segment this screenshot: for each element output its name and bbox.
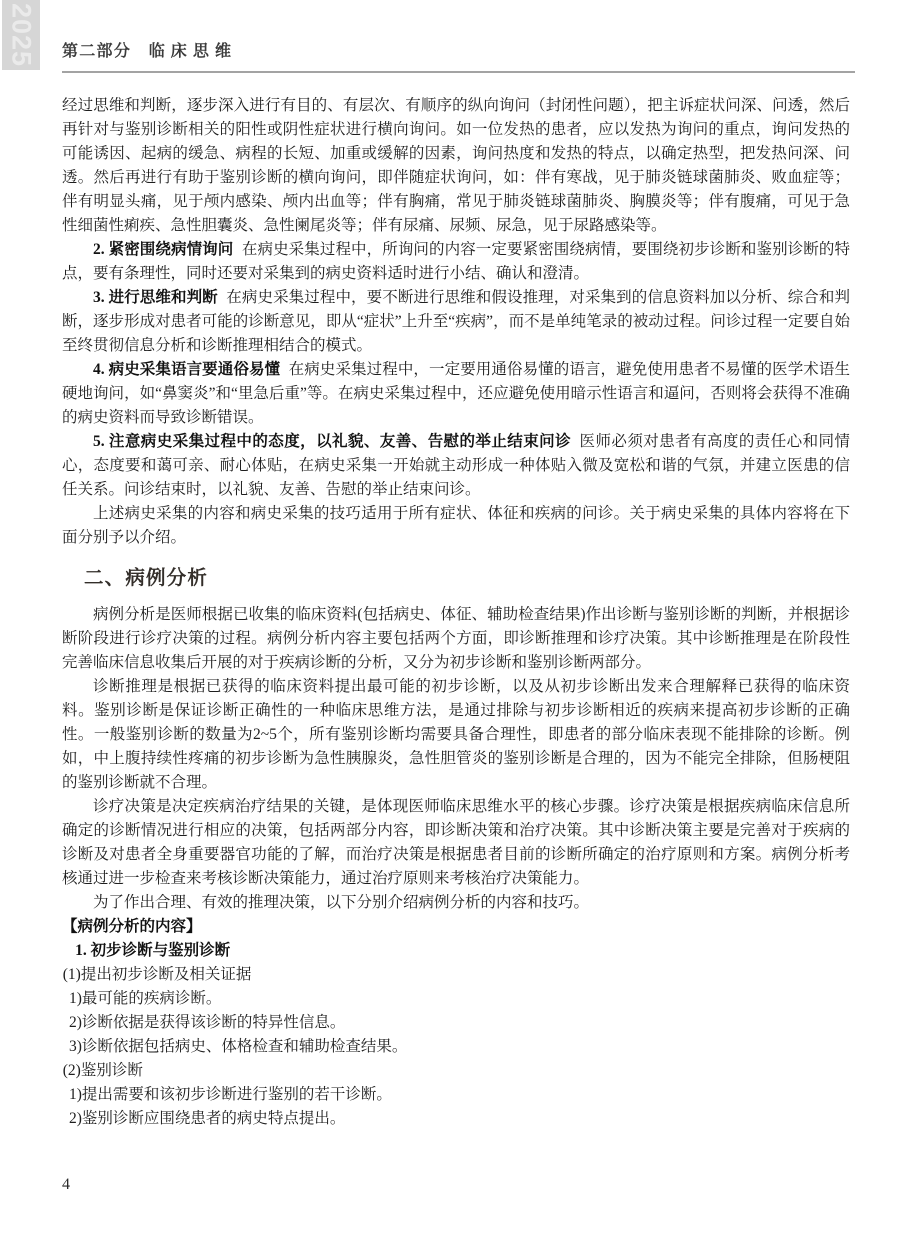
year-badge: 2025 bbox=[2, 0, 40, 70]
list-item: 3)诊断依据包括病史、体格检查和辅助检查结果。 bbox=[62, 1035, 850, 1059]
page-number: 4 bbox=[62, 1176, 70, 1194]
paragraph-case-analysis-3: 诊疗决策是决定疾病治疗结果的关键，是体现医师临床思维水平的核心步骤。诊疗决策是根… bbox=[62, 795, 850, 891]
sub-heading: 1. 初步诊断与鉴别诊断 bbox=[62, 939, 850, 963]
list-item: 1)最可能的疾病诊断。 bbox=[62, 987, 850, 1011]
part-title: 临床思维 bbox=[149, 43, 237, 60]
textbook-page: 2025 第二部分临床思维 经过思维和判断，逐步深入进行有目的、有层次、有顺序的… bbox=[0, 0, 900, 1241]
paragraph-item-3: 3. 进行思维和判断在病史采集过程中，要不断进行思维和假设推理，对采集到的信息资… bbox=[62, 286, 850, 358]
paragraph-case-analysis-1: 病例分析是医师根据已收集的临床资料(包括病史、体征、辅助检查结果)作出诊断与鉴别… bbox=[62, 603, 850, 675]
bracket-heading: 【病例分析的内容】 bbox=[62, 915, 850, 939]
item-2-label: 2. 紧密围绕病情询问 bbox=[93, 241, 242, 258]
list-item: (1)提出初步诊断及相关证据 bbox=[62, 963, 850, 987]
section-heading: 二、病例分析 bbox=[84, 565, 850, 591]
running-header: 第二部分临床思维 bbox=[62, 42, 855, 73]
list-item: 2)鉴别诊断应围绕患者的病史特点提出。 bbox=[62, 1107, 850, 1131]
list-item: 1)提出需要和该初步诊断进行鉴别的若干诊断。 bbox=[62, 1083, 850, 1107]
list-item: 2)诊断依据是获得该诊断的特异性信息。 bbox=[62, 1011, 850, 1035]
paragraph-closing: 上述病史采集的内容和病史采集的技巧适用于所有症状、体征和疾病的问诊。关于病史采集… bbox=[62, 502, 850, 550]
paragraph-item-2: 2. 紧密围绕病情询问在病史采集过程中，所询问的内容一定要紧密围绕病情，要围绕初… bbox=[62, 238, 850, 286]
paragraph-case-analysis-2: 诊断推理是根据已获得的临床资料提出最可能的初步诊断，以及从初步诊断出发来合理解释… bbox=[62, 675, 850, 795]
part-label: 第二部分 bbox=[62, 43, 131, 60]
item-4-label: 4. 病史采集语言要通俗易懂 bbox=[93, 361, 289, 378]
list-item: (2)鉴别诊断 bbox=[62, 1059, 850, 1083]
paragraph-continuation: 经过思维和判断，逐步深入进行有目的、有层次、有顺序的纵向询问（封闭性问题），把主… bbox=[62, 94, 850, 238]
paragraph-item-4: 4. 病史采集语言要通俗易懂在病史采集过程中，一定要用通俗易懂的语言，避免使用患… bbox=[62, 358, 850, 430]
main-content: 经过思维和判断，逐步深入进行有目的、有层次、有顺序的纵向询问（封闭性问题），把主… bbox=[62, 94, 850, 1131]
paragraph-case-analysis-4: 为了作出合理、有效的推理决策，以下分别介绍病例分析的内容和技巧。 bbox=[62, 891, 850, 915]
item-3-label: 3. 进行思维和判断 bbox=[93, 289, 226, 306]
item-5-label: 5. 注意病史采集过程中的态度，以礼貌、友善、告慰的举止结束问诊 bbox=[93, 433, 580, 450]
year-badge-text: 2025 bbox=[6, 3, 37, 67]
paragraph-item-5: 5. 注意病史采集过程中的态度，以礼貌、友善、告慰的举止结束问诊医师必须对患者有… bbox=[62, 430, 850, 502]
